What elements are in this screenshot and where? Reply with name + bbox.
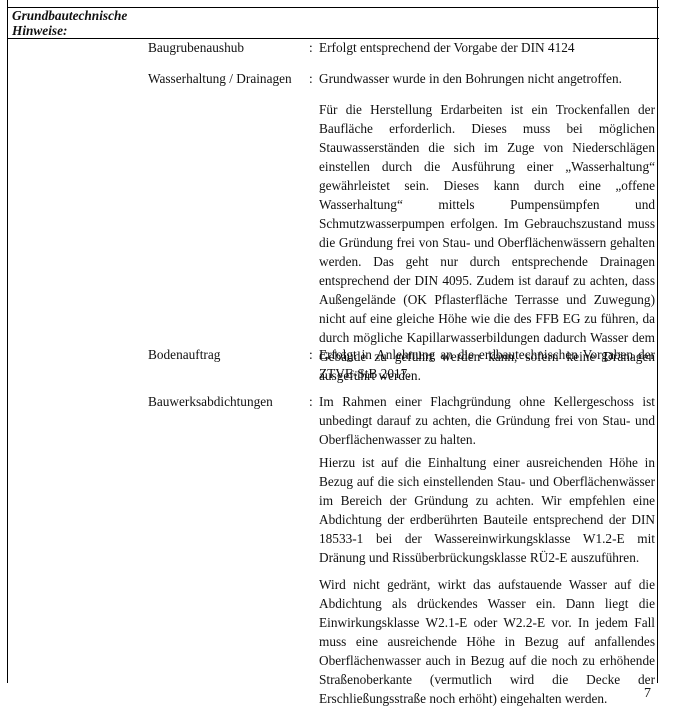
- section-title-line2: Hinweise:: [12, 23, 152, 38]
- row-separator: :: [309, 69, 313, 88]
- row-text-wasserhaltung-2: Für die Herstellung Erdarbeiten ist ein …: [319, 100, 655, 385]
- page-number: 7: [644, 684, 651, 703]
- row-text-bodenauftrag: Erfolgt in Anlehnung an die erdbautechni…: [319, 345, 655, 383]
- row-text-bauwerksabdichtungen-2: Hierzu ist auf die Einhaltung einer ausr…: [319, 453, 655, 567]
- row-separator: :: [309, 392, 313, 411]
- row-text-bauwerksabdichtungen-3: Wird nicht gedränt, wirkt das aufstauend…: [319, 575, 655, 708]
- row-text-baugrubenaushub: Erfolgt entsprechend der Vorgabe der DIN…: [319, 38, 655, 57]
- section-title: Grundbautechnische Hinweise:: [12, 8, 152, 38]
- row-separator: :: [309, 345, 313, 364]
- row-label-bauwerksabdichtungen: Bauwerksabdichtungen: [148, 392, 273, 411]
- row-label-bodenauftrag: Bodenauftrag: [148, 345, 220, 364]
- row-text-bauwerksabdichtungen-1: Im Rahmen einer Flachgründung ohne Kelle…: [319, 392, 655, 449]
- row-separator: :: [309, 38, 313, 57]
- row-label-baugrubenaushub: Baugrubenaushub: [148, 38, 244, 57]
- row-text-wasserhaltung-1: Grundwasser wurde in den Bohrungen nicht…: [319, 69, 655, 88]
- row-label-wasserhaltung: Wasserhaltung / Drainagen: [148, 69, 292, 88]
- section-title-line1: Grundbautechnische: [12, 8, 152, 23]
